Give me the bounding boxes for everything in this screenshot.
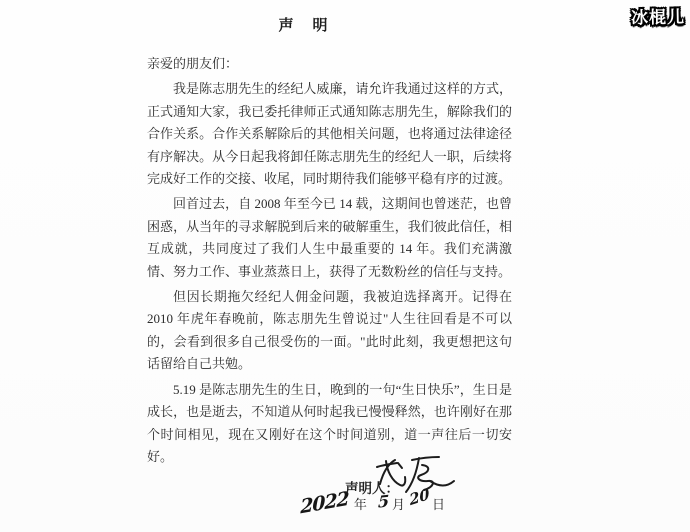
watermark: 冰棍儿 [631,3,685,29]
greeting-line: 亲爱的朋友们： [147,53,512,75]
date-year-unit: 年 [354,494,367,513]
date-month-handwritten: 5 [378,491,390,511]
document-page: 冰棍儿 声 明 亲爱的朋友们： 我是陈志朋先生的经纪人威廉，请允许我通过这样的方… [0,0,690,532]
date-year-handwritten: 2022 [300,488,348,519]
paragraph-4: 5.19 是陈志朋先生的生日，晚到的一句“生日快乐”，生日是成长，也是逝去，不知… [147,379,512,469]
paragraph-1: 我是陈志朋先生的经纪人威廉，请允许我通过这样的方式，正式通知大家，我已委托律师正… [147,78,512,190]
paragraph-3: 但因长期拖欠经纪人佣金问题，我被迫选择离开。记得在 2010 年虎年春晚前，陈志… [147,286,512,376]
page-title: 声 明 [0,14,608,35]
paragraph-2: 回首过去，自 2008 年至今已 14 载，这期间也曾迷茫，也曾困惑，从当年的寻… [147,193,512,283]
date-line: 2022 年 5 月 20 日 [300,492,447,514]
document-body: 亲爱的朋友们： 我是陈志朋先生的经纪人威廉，请允许我通过这样的方式，正式通知大家… [147,53,512,468]
date-day-unit: 日 [432,494,445,513]
date-month-unit: 月 [392,494,405,513]
